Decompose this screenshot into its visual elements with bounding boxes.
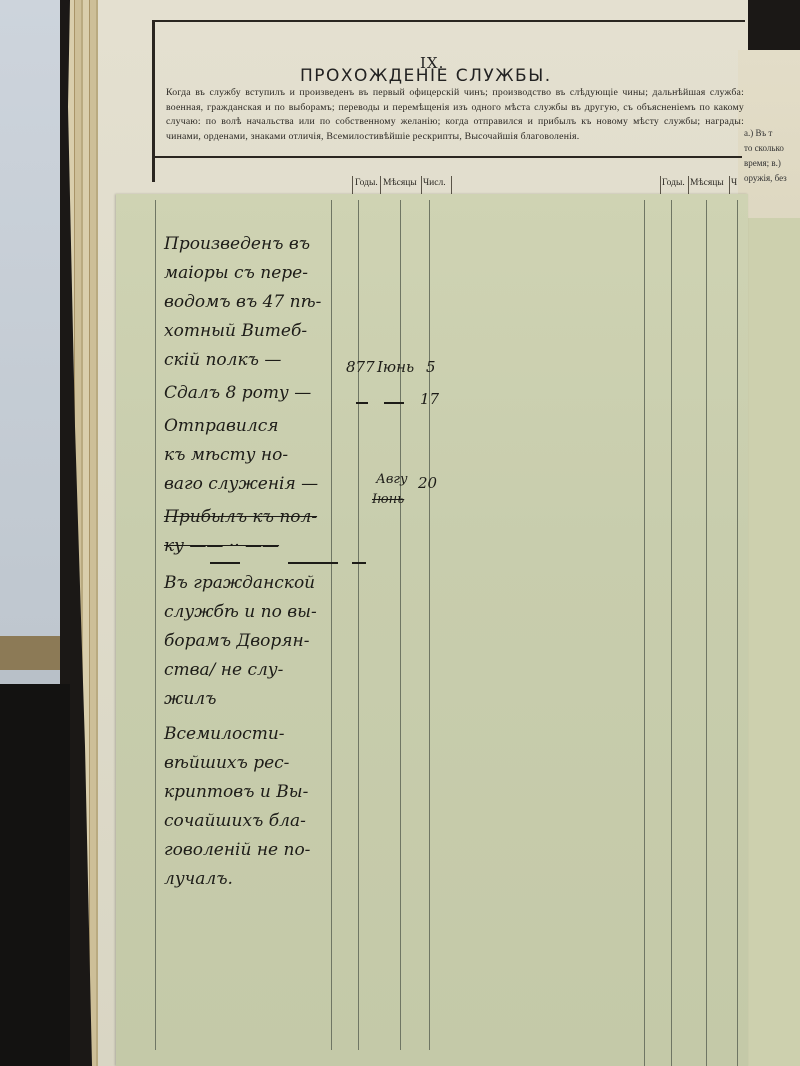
dash-mark [356,402,368,404]
column-header-days: Числ. [423,178,446,188]
entry-0-day: 5 [426,358,436,376]
entry-2-month-struck: Іюнь [372,492,404,507]
column-header-years: Годы. [355,178,378,188]
service-record-entries: Произведенъ въ маіоры съ пере- водомъ въ… [164,230,354,898]
ruled-line [737,200,738,1066]
dash-mark [384,402,404,404]
background-shelf [0,636,60,670]
entry-departed: Отправился къ мѣсту но- ваго служенія — [164,412,354,499]
entry-rescripts: Всемилости- вѣйшихъ рес- криптовъ и Вы- … [164,720,354,894]
entry-0-month: Іюнь [377,358,414,376]
header-rule [152,156,742,158]
entry-promotion: Произведенъ въ маіоры съ пере- водомъ въ… [164,230,354,375]
ruled-line [429,200,430,1050]
entry-arrived-struck: Прибылъ къ пол- ку —— ·· —— [164,503,354,561]
entry-civil-service: Въ гражданской службѣ и по вы- борамъ Дв… [164,569,354,714]
entry-0-year: 877 [346,358,375,376]
ruled-line [155,200,156,1050]
background-wall [0,0,60,640]
ruled-line [400,200,401,1050]
background-strip [0,670,60,684]
entry-2-day: 20 [418,474,437,492]
ruled-line [644,200,645,1066]
form-instructions: Когда въ службу вступилъ и произведенъ в… [166,86,744,144]
entry-handed-over-company: Сдалъ 8 роту — [164,379,354,408]
ruled-line [706,200,707,1066]
dash-mark [352,562,366,564]
column-header-years-2: Годы. [662,178,685,188]
dash-mark [288,562,338,564]
column-header-months-2: Мѣсяцы [690,178,724,188]
entry-2-month: Авгу [376,472,408,487]
column-header-days-2: Ч [731,178,737,188]
right-page-text: а.) Въ т то сколько время; в.) оружія, б… [744,126,787,186]
entry-1-day: 17 [420,390,439,408]
right-insert-sheet [742,218,800,1066]
section-title: ПРОХОЖДЕНІЕ СЛУЖБЫ. [300,66,552,86]
column-header-months: Мѣсяцы [383,178,417,188]
ruled-line [358,200,359,1050]
background-dark [0,684,70,1066]
ruled-line [671,200,672,1066]
dash-mark [210,562,240,564]
